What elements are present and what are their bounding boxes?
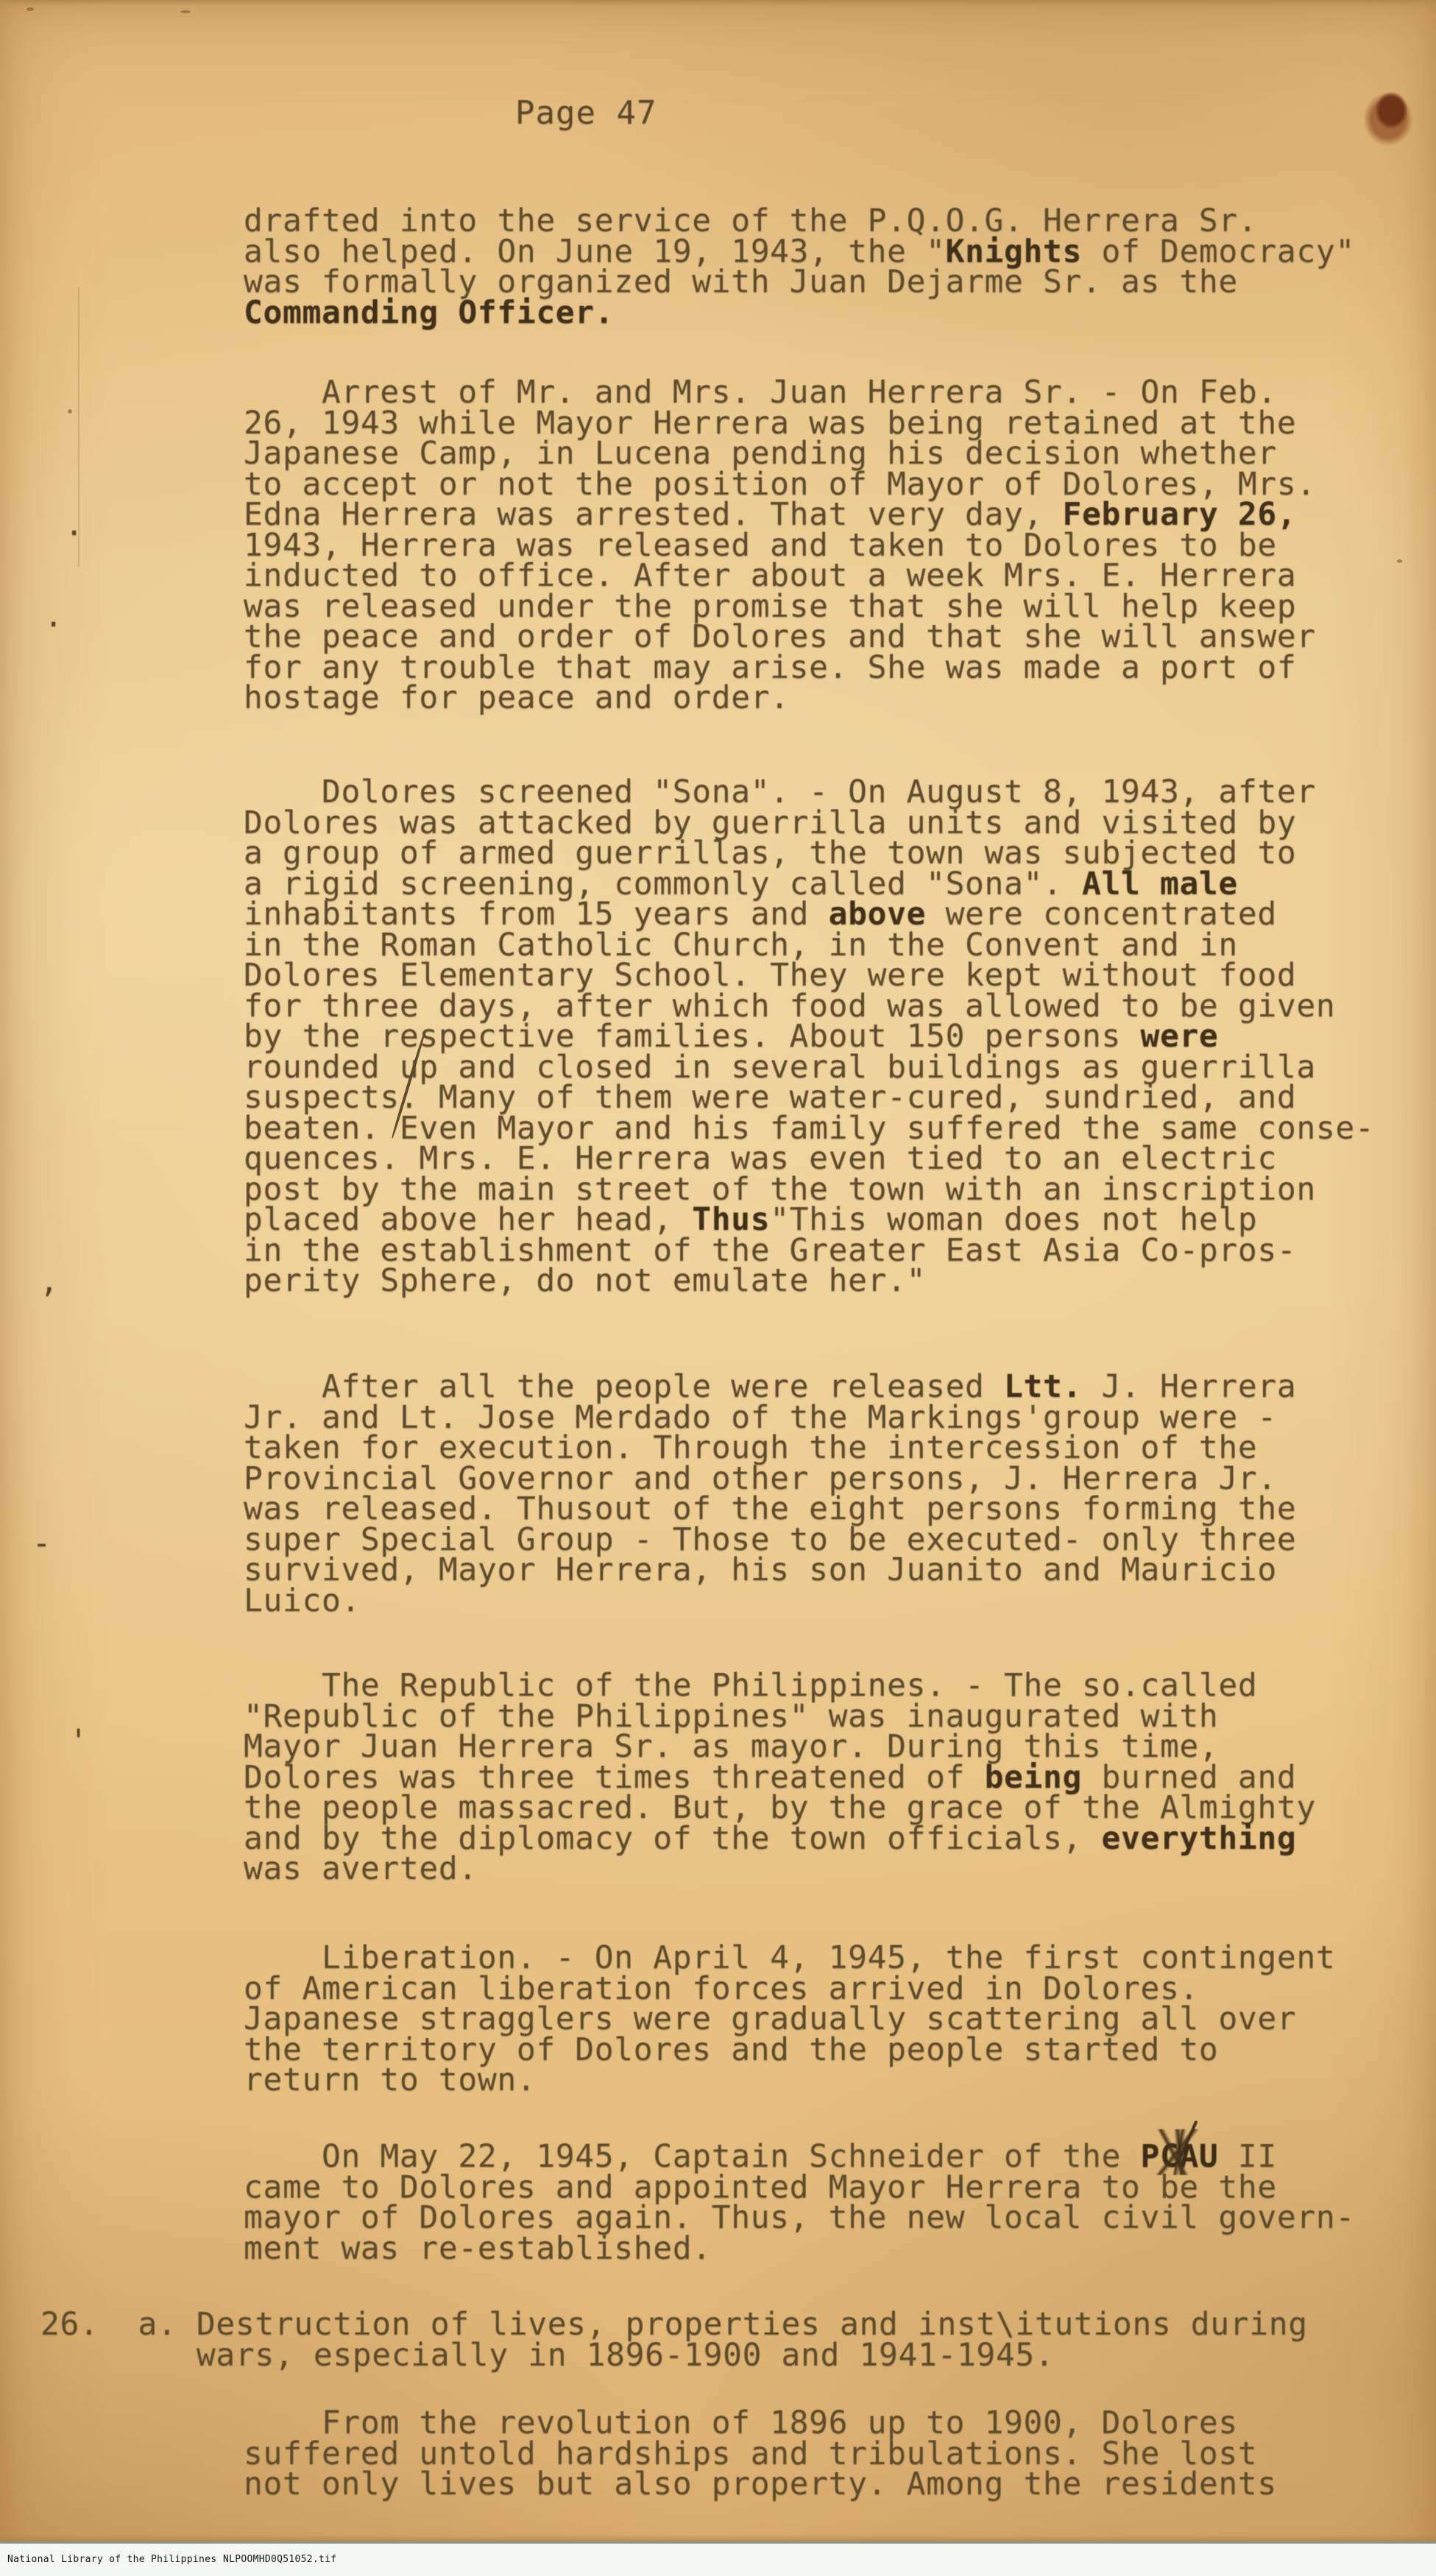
text-line: 26. a. Destruction of lives, properties … <box>40 2310 1308 2340</box>
text-line: for three days, after which food was all… <box>244 991 1374 1022</box>
scan-footer-bar: National Library of the Philippines NLPO… <box>0 2541 1436 2576</box>
paragraph: On May 22, 1945, Captain Schneider of th… <box>244 2142 1355 2264</box>
text-line: Dolores was attacked by guerrilla units … <box>244 808 1374 839</box>
paragraph: Liberation. - On April 4, 1945, the firs… <box>244 1943 1335 2096</box>
text-line: also helped. On June 19, 1943, the "Knig… <box>244 237 1355 268</box>
text-line: Dolores Elementary School. They were kep… <box>244 960 1374 991</box>
text-line: in the establishment of the Greater East… <box>244 1236 1374 1267</box>
margin-mark: , <box>40 1263 58 1299</box>
typewritten-text: Page 47 drafted into the service of the … <box>0 0 1436 2576</box>
text-line: ment was re-established. <box>244 2234 1355 2265</box>
text-line: was averted. <box>244 1854 1316 1885</box>
text-line: a group of armed guerrillas, the town wa… <box>244 838 1374 869</box>
text-line: After all the people were released Ltt. … <box>244 1372 1296 1403</box>
text-line: perity Sphere, do not emulate her." <box>244 1266 1374 1297</box>
text-line: of American liberation forces arrived in… <box>244 1974 1335 2005</box>
text-line: was released. Thusout of the eight perso… <box>244 1494 1296 1525</box>
text-line: Mayor Juan Herrera Sr. as mayor. During … <box>244 1732 1316 1763</box>
text-line: in the Roman Catholic Church, in the Con… <box>244 930 1374 961</box>
text-line: rounded up and closed in several buildin… <box>244 1052 1374 1083</box>
text-line: post by the main street of the town with… <box>244 1175 1374 1206</box>
text-line: by the respective families. About 150 pe… <box>244 1022 1374 1052</box>
text-line: wars, especially in 1896-1900 and 1941-1… <box>40 2340 1308 2371</box>
text-line: Arrest of Mr. and Mrs. Juan Herrera Sr. … <box>244 378 1316 408</box>
text-line: to accept or not the position of Mayor o… <box>244 470 1316 500</box>
text-line: Jr. and Lt. Jose Merdado of the Markings… <box>244 1403 1296 1434</box>
paragraph: Arrest of Mr. and Mrs. Juan Herrera Sr. … <box>244 378 1316 714</box>
text-line: and by the diplomacy of the town officia… <box>244 1824 1316 1855</box>
paragraph: 26. a. Destruction of lives, properties … <box>40 2310 1308 2371</box>
text-line: super Special Group - Those to be execut… <box>244 1525 1296 1556</box>
text-line: return to town. <box>244 2065 1335 2096</box>
text-line: came to Dolores and appointed Mayor Herr… <box>244 2173 1355 2204</box>
scan-footer-library-label: National Library of the Philippines <box>7 2554 216 2565</box>
margin-mark: . <box>44 598 63 634</box>
scan-footer-filename: NLPOOMHD0Q51052.tif <box>223 2554 336 2565</box>
text-line: From the revolution of 1896 up to 1900, … <box>244 2408 1277 2439</box>
text-line: Liberation. - On April 4, 1945, the firs… <box>244 1943 1335 1974</box>
text-line: mayor of Dolores again. Thus, the new lo… <box>244 2203 1355 2234</box>
text-line: quences. Mrs. E. Herrera was even tied t… <box>244 1144 1374 1175</box>
text-line: was formally organized with Juan Dejarme… <box>244 267 1355 298</box>
margin-mark: ' <box>69 1722 88 1758</box>
text-line: 1943, Herrera was released and taken to … <box>244 531 1316 562</box>
text-line: placed above her head, Thus"This woman d… <box>244 1205 1374 1236</box>
text-line: a rigid screening, commonly called "Sona… <box>244 869 1374 900</box>
text-line: Provincial Governor and other persons, J… <box>244 1464 1296 1495</box>
text-line: was released under the promise that she … <box>244 592 1316 623</box>
page-number: Page 47 <box>515 94 657 132</box>
text-line: the peace and order of Dolores and that … <box>244 622 1316 653</box>
paragraph: After all the people were released Ltt. … <box>244 1372 1296 1616</box>
text-line: hostage for peace and order. <box>244 683 1316 714</box>
text-line: for any trouble that may arise. She was … <box>244 653 1316 684</box>
text-line: Edna Herrera was arrested. That very day… <box>244 500 1316 531</box>
paragraph: Dolores screened "Sona". - On August 8, … <box>244 777 1374 1297</box>
text-line: beaten. Even Mayor and his family suffer… <box>244 1114 1374 1144</box>
text-line: The Republic of the Philippines. - The s… <box>244 1671 1316 1702</box>
text-line: Dolores was three times threatened of be… <box>244 1763 1316 1794</box>
text-line: Japanese Camp, in Lucena pending his dec… <box>244 439 1316 470</box>
text-line: survived, Mayor Herrera, his son Juanito… <box>244 1555 1296 1586</box>
text-line: 26, 1943 while Mayor Herrera was being r… <box>244 408 1316 439</box>
text-line: inhabitants from 15 years and above were… <box>244 899 1374 930</box>
text-line: the people massacred. But, by the grace … <box>244 1793 1316 1824</box>
text-line: drafted into the service of the P.Q.O.G.… <box>244 206 1355 237</box>
text-line: suffered untold hardships and tribulatio… <box>244 2439 1277 2470</box>
paragraph: drafted into the service of the P.Q.O.G.… <box>244 206 1355 328</box>
text-line: Japanese stragglers were gradually scatt… <box>244 2004 1335 2035</box>
text-line: inducted to office. After about a week M… <box>244 561 1316 592</box>
text-line: taken for execution. Through the interce… <box>244 1433 1296 1464</box>
text-line: the territory of Dolores and the people … <box>244 2035 1335 2066</box>
text-line: Dolores screened "Sona". - On August 8, … <box>244 777 1374 808</box>
text-line: Commanding Officer. <box>244 298 1355 329</box>
text-line: Luico. <box>244 1586 1296 1617</box>
scanned-page: Page 47 drafted into the service of the … <box>0 0 1436 2576</box>
paragraph: From the revolution of 1896 up to 1900, … <box>244 2408 1277 2500</box>
paragraph: The Republic of the Philippines. - The s… <box>244 1671 1316 1885</box>
text-line: On May 22, 1945, Captain Schneider of th… <box>244 2142 1355 2173</box>
margin-mark: - <box>32 1525 51 1561</box>
text-line: suspects. Many of them were water-cured,… <box>244 1083 1374 1114</box>
text-line: not only lives but also property. Among … <box>244 2469 1277 2500</box>
text-line: "Republic of the Philippines" was inaugu… <box>244 1702 1316 1733</box>
margin-mark: . <box>65 506 83 542</box>
